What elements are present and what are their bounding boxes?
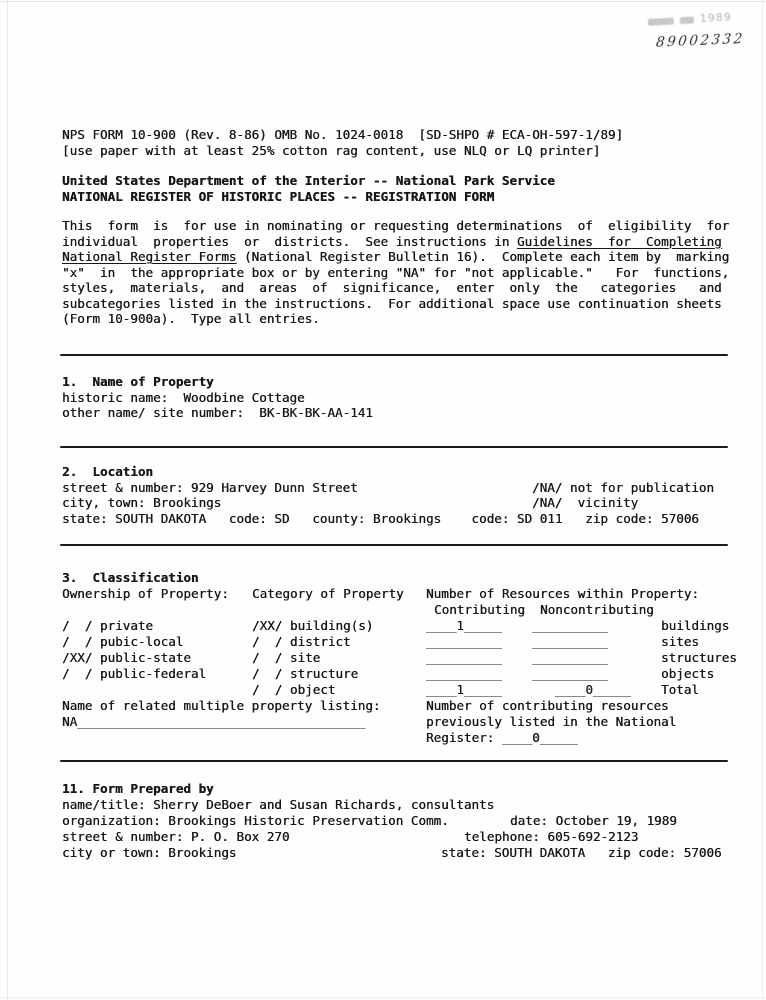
preparer-city-line: city or town: Brookingsstate: SOUTH DAKO… [62,845,494,861]
agency-title-block: United States Department of the Interior… [62,173,555,204]
noncontributing-count: __________ [532,666,608,682]
noncontributing-count: __________ [532,650,608,666]
not-for-publication-flag: /NA/ not for publication [532,480,714,496]
contributing-count: __________ [426,650,502,666]
city-town-line: city, town: Brookings/NA/ vicinity [62,495,699,511]
contributing-header: Contributing [434,602,525,618]
related-listing-label: Name of related multiple property listin… [62,698,380,713]
related-listing-value: NA______________________________________ [62,714,365,729]
resource-type-label: structures [661,650,737,666]
section-divider-rule [60,354,728,356]
resource-type-label: objects [661,666,714,682]
other-name-site-number-line: other name/ site number: BK-BK-BK-AA-141 [62,405,373,421]
ownership-option-private: / / private [62,618,153,633]
instructions-text: individual properties or districts. See … [62,234,517,249]
category-option-buildings: /XX/ building(s) [252,618,373,634]
contributing-resources-text: Number of contributing resources [426,698,669,714]
related-listing-line: Name of related multiple property listin… [62,698,380,714]
instructions-line: subcategories listed in the instructions… [62,296,729,312]
resource-type-label: sites [661,634,699,650]
resources-subheaders: ContributingNoncontributing [62,602,380,618]
vicinity-flag: /NA/ vicinity [532,495,638,511]
preparer-city-value: city or town: Brookings [62,845,236,860]
section-1-title: 1. Name of Property [62,374,373,390]
instructions-line: styles, materials, and areas of signific… [62,280,729,296]
instructions-line: "x" in the appropriate box or by enterin… [62,265,729,281]
agency-line: United States Department of the Interior… [62,173,555,189]
classification-column-headers: Ownership of Property:Category of Proper… [62,586,380,602]
section-1-name-of-property: 1. Name of Property historic name: Woodb… [62,374,373,421]
classification-row-objects: / / public-federal/ / structure_________… [62,666,380,682]
instructions-line: National Register Forms (National Regist… [62,249,729,265]
paper-instruction-line: [use paper with at least 25% cotton rag … [62,143,623,159]
contributing-count: ____1_____ [426,618,502,634]
stamp-smudge [680,16,694,24]
scanned-form-page: 1989 89002332 NPS FORM 10-900 (Rev. 8-86… [0,0,766,1000]
noncontributing-total: ____0_____ [555,682,631,698]
section-divider-rule [60,544,728,546]
historic-name-line: historic name: Woodbine Cottage [62,390,373,406]
ownership-column-header: Ownership of Property: [62,586,229,601]
handwritten-registration-number: 89002332 [655,31,745,51]
classification-row-structures: /XX/ public-state/ / site_______________… [62,650,380,666]
category-option-object: / / object [252,682,335,698]
section-2-title: 2. Location [62,464,699,480]
resources-column-header: Number of Resources within Property: [426,586,699,602]
category-option-site: / / site [252,650,320,666]
related-listing-value-line: NA______________________________________… [62,714,380,730]
contributing-resources-text: previously listed in the National [426,714,676,730]
preparer-street-line: street & number: P. O. Box 270telephone:… [62,829,494,845]
contributing-count: __________ [426,634,502,650]
instructions-line: individual properties or districts. See … [62,234,729,250]
section-divider-rule [60,760,728,762]
category-option-structure: / / structure [252,666,358,682]
preparer-street-value: street & number: P. O. Box 270 [62,829,289,844]
stamp-year-text: 1989 [699,10,732,25]
ownership-option-public-local: / / pubic-local [62,634,183,649]
total-label: Total [661,682,699,698]
telephone-value: telephone: 605-692-2123 [464,829,638,845]
section-divider-rule [60,446,728,448]
instructions-line: (Form 10-900a). Type all entries. [62,311,729,327]
category-column-header: Category of Property [252,586,404,602]
ownership-option-public-federal: / / public-federal [62,666,206,681]
street-number-line: street & number: 929 Harvey Dunn Street/… [62,480,699,496]
city-town-value: city, town: Brookings [62,495,221,510]
organization-value: organization: Brookings Historic Preserv… [62,813,449,828]
state-county-zip-line: state: SOUTH DAKOTA code: SD county: Bro… [62,511,699,527]
section-2-location: 2. Location street & number: 929 Harvey … [62,464,699,526]
scan-edge-artifact [762,0,763,1000]
contributing-total: ____1_____ [426,682,502,698]
instructions-paragraph: This form is for use in nominating or re… [62,218,729,327]
section-3-title: 3. Classification [62,570,380,586]
contributing-count: __________ [426,666,502,682]
classification-row-buildings: / / private/XX/ building(s)____1________… [62,618,380,634]
noncontributing-count: __________ [532,618,608,634]
name-title-line: name/title: Sherry DeBoer and Susan Rich… [62,797,494,813]
register-count-value: Register: ____0_____ [426,730,578,746]
instructions-text: (National Register Bulletin 16). Complet… [236,249,729,264]
stamp-smudge [648,17,674,25]
form-header-block: NPS FORM 10-900 (Rev. 8-86) OMB No. 1024… [62,127,623,158]
register-count-line: Register: ____0_____ [62,730,380,746]
scan-edge-artifact [0,1,766,2]
classification-row-total: / / object____1_________0_____Total [62,682,380,698]
form-title: NATIONAL REGISTER OF HISTORIC PLACES -- … [62,189,555,205]
category-option-district: / / district [252,634,351,650]
classification-row-sites: / / pubic-local/ / district_____________… [62,634,380,650]
scan-edge-artifact [0,997,766,998]
date-value: date: October 19, 1989 [510,813,677,829]
instructions-line: This form is for use in nominating or re… [62,218,729,234]
street-number-value: street & number: 929 Harvey Dunn Street [62,480,358,495]
resource-type-label: buildings [661,618,729,634]
form-number-line: NPS FORM 10-900 (Rev. 8-86) OMB No. 1024… [62,127,623,143]
scan-edge-artifact [7,0,8,1000]
section-11-form-prepared-by: 11. Form Prepared by name/title: Sherry … [62,781,494,861]
organization-line: organization: Brookings Historic Preserv… [62,813,494,829]
section-11-title: 11. Form Prepared by [62,781,494,797]
noncontributing-header: Noncontributing [540,602,654,618]
guidelines-reference-underlined: Guidelines for Completing [517,234,722,249]
preparer-state-zip-value: state: SOUTH DAKOTA zip code: 57006 [441,845,722,861]
guidelines-reference-underlined: National Register Forms [62,249,236,264]
section-3-classification: 3. Classification Ownership of Property:… [62,570,380,746]
ownership-option-public-state: /XX/ public-state [62,650,191,665]
noncontributing-count: __________ [532,634,608,650]
